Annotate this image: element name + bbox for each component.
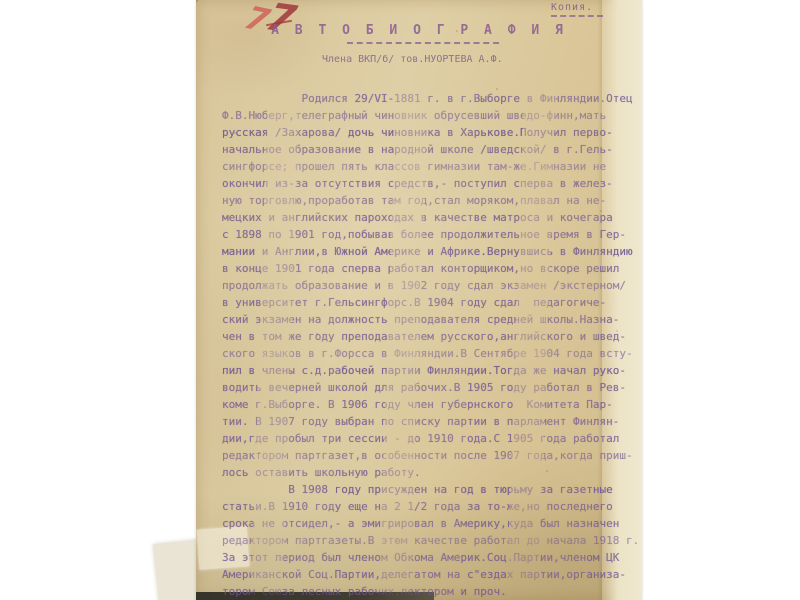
body-line: чен в том же году преподавателем русског… — [222, 328, 639, 345]
copy-stamp: Копия. — [551, 2, 603, 17]
paper-speckles — [196, 0, 198, 2]
body-line: сингфорсе; прошел пять классов гимназии … — [222, 158, 639, 175]
body-line: водить вечерней школой для рабочих.В 190… — [222, 379, 639, 396]
body-line: дии,где пробыл три сессии - до 1910 года… — [222, 430, 639, 447]
body-line: Американской Соц.Партии,делегатом на с"е… — [222, 566, 639, 583]
body-line: начальное образование в народной школе /… — [222, 141, 639, 158]
body-line: мании и Англии,в Южной Америке и Африке.… — [222, 243, 639, 260]
title-underline — [347, 42, 499, 44]
body-line: Родился 29/VI-1881 г. в г.Выборге в Финл… — [222, 90, 639, 107]
body-line: тором Союза лесных рабочих,лектором и пр… — [222, 583, 639, 600]
body-line: За этот период был членом Обкома Америк.… — [222, 549, 639, 566]
body-text: Родился 29/VI-1881 г. в г.Выборге в Финл… — [222, 90, 639, 600]
page-subtitle: Члена ВКП/б/ тов.НУОРТЕВА А.Ф. — [322, 54, 503, 65]
body-line: русская /Захарова/ дочь чиновника в Харь… — [222, 124, 639, 141]
body-line: мецких и английских пароходах в качестве… — [222, 209, 639, 226]
body-line: окончил из-за отсутствия средств,- посту… — [222, 175, 639, 192]
body-line: срока не отсидел,- а эмигрировал в Амери… — [222, 515, 639, 532]
body-line: пил в члены с.д.рабочей партии Финляндии… — [222, 362, 639, 379]
body-line: тии. В 1907 году выбран по списку партии… — [222, 413, 639, 430]
page-title: А В Т О Б И О Г Р А Ф И Я — [196, 23, 642, 38]
body-line: ский экзамен на должность преподавателя … — [222, 311, 639, 328]
body-line: редактором партгазеты.В этом качестве ра… — [222, 532, 639, 549]
body-line: в университет г.Гельсингфорс.В 1904 году… — [222, 294, 639, 311]
body-line: В 1908 году присужден на год в тюрьму за… — [222, 481, 639, 498]
copy-stamp-underline — [551, 15, 603, 17]
body-line: Ф.В.Нюберг,телеграфный чиновник обрусевш… — [222, 107, 639, 124]
body-line: редактором партгазет,в особенности после… — [222, 447, 639, 464]
scanned-document-view: Копия. 7 7 А В Т О Б И О Г Р А Ф И Я Чле… — [0, 0, 800, 600]
body-line: ского языков в г.Форсса в Финляндии.В Се… — [222, 345, 639, 362]
body-line: в конце 1901 года сперва работал конторщ… — [222, 260, 639, 277]
body-line: лось оставить школьную работу. — [222, 464, 639, 481]
body-line: ную торговлю,проработав там год,стал мор… — [222, 192, 639, 209]
body-line: с 1898 по 1901 год,побывав более продолж… — [222, 226, 639, 243]
body-line: продолжать образование и в 1902 году сда… — [222, 277, 639, 294]
body-line: коме г.Выборге. В 1906 году член губернс… — [222, 396, 639, 413]
body-line: статьи.В 1910 году еще на 2 1/2 года за … — [222, 498, 639, 515]
copy-stamp-label: Копия. — [551, 2, 593, 13]
